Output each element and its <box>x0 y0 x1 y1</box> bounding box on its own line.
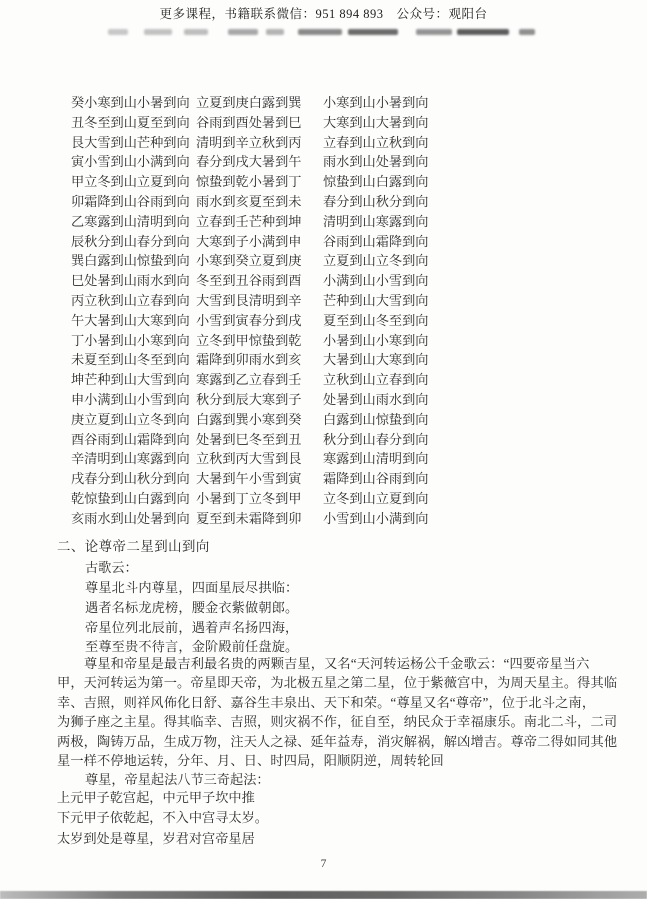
table-cell: 处暑到巳冬至到丑 <box>196 430 323 450</box>
table-cell: 立冬到甲惊蛰到乾 <box>196 331 323 351</box>
scan-edge-artifact <box>0 891 647 899</box>
table-cell: 小雪到山小满到向 <box>323 509 429 529</box>
table-cell: 艮大雪到山芒种到向 <box>71 133 196 153</box>
table-cell: 白露到山惊蛰到向 <box>323 410 429 430</box>
section-heading: 二、论尊帝二星到山到向 <box>57 536 210 555</box>
smudge-segment <box>519 29 535 35</box>
table-cell: 秋分到山春分到向 <box>323 430 429 450</box>
table-cell: 霜降到卯雨水到亥 <box>196 350 323 370</box>
table-cell: 大雪到艮清明到辛 <box>196 291 323 311</box>
table-cell: 亥雨水到山处暑到向 <box>71 509 196 529</box>
table-cell: 小满到山小雪到向 <box>323 271 429 291</box>
table-cell: 庚立夏到山立冬到向 <box>71 410 196 430</box>
table-cell: 戌春分到山秋分到向 <box>71 469 196 489</box>
table-row: 申小满到山小雪到向秋分到辰大寒到子处暑到山雨水到向 <box>71 390 429 410</box>
page-number: 7 <box>0 858 647 870</box>
table-row: 酉谷雨到山霜降到向处暑到巳冬至到丑秋分到山春分到向 <box>71 430 429 450</box>
table-row: 甲立冬到山立夏到向惊蛰到乾小暑到丁惊蛰到山白露到向 <box>71 172 429 192</box>
text-line: 甲，天河转运为第一。帝星即天帝，为北极五星之第二星，位于紫薇宫中，为周天星主。得… <box>57 673 597 692</box>
table-row: 寅小雪到山小满到向春分到戌大暑到午雨水到山处暑到向 <box>71 152 429 172</box>
text-line: 太岁到处是尊星，岁君对宫帝星居 <box>57 829 268 849</box>
solar-term-direction-table: 癸小寒到山小暑到向立夏到庚白露到巽小寒到山小暑到向丑冬至到山夏至到向谷雨到酉处暑… <box>71 93 429 529</box>
table-row: 亥雨水到山处暑到向夏至到未霜降到卯小雪到山小满到向 <box>71 509 429 529</box>
table-row: 午大暑到山大寒到向小雪到寅春分到戌夏至到山冬至到向 <box>71 311 429 331</box>
table-cell: 白露到巽小寒到癸 <box>196 410 323 430</box>
table-cell: 小暑到丁立冬到甲 <box>196 489 323 509</box>
table-cell: 雨水到亥夏至到未 <box>196 192 323 212</box>
table-cell: 大暑到午小雪到寅 <box>196 469 323 489</box>
table-cell: 甲立冬到山立夏到向 <box>71 172 196 192</box>
text-line: 遇者名标龙虎榜，腰金衣紫做朝郎。 <box>85 598 298 618</box>
formula-verse: 上元甲子乾宫起，中元甲子坎中推下元甲子依乾起，不入中宫寻太岁。太岁到处是尊星，岁… <box>57 788 268 849</box>
classical-poem: 尊星北斗内尊星，四面星辰尽拱临：遇者名标龙虎榜，腰金衣紫做朝郎。帝星位列北辰前，… <box>85 578 298 657</box>
table-row: 乙寒露到山清明到向立春到壬芒种到坤清明到山寒露到向 <box>71 212 429 232</box>
table-cell: 清明到山寒露到向 <box>323 212 429 232</box>
text-line: 两极，陶铸万品，生成万物，注天人之禄、延年益寿，消灾解祸，解凶增吉。尊帝二得如同… <box>57 732 597 751</box>
smudge-segment <box>228 29 258 35</box>
table-cell: 坤芒种到山大雪到向 <box>71 370 196 390</box>
table-cell: 处暑到山雨水到向 <box>323 390 429 410</box>
table-cell: 立春到壬芒种到坤 <box>196 212 323 232</box>
text-line: 上元甲子乾宫起，中元甲子坎中推 <box>57 788 268 808</box>
table-cell: 清明到辛立秋到丙 <box>196 133 323 153</box>
table-cell: 未夏至到山冬至到向 <box>71 350 196 370</box>
table-cell: 雨水到山处暑到向 <box>323 152 429 172</box>
table-cell: 立秋到山立春到向 <box>323 370 429 390</box>
table-row: 坤芒种到山大雪到向寒露到乙立春到壬立秋到山立春到向 <box>71 370 429 390</box>
table-cell: 夏至到山冬至到向 <box>323 311 429 331</box>
table-cell: 癸小寒到山小暑到向 <box>71 93 196 113</box>
smudge-segment <box>416 29 452 35</box>
table-row: 巽白露到山惊蛰到向小寒到癸立夏到庚立夏到山立冬到向 <box>71 251 429 271</box>
table-cell: 立秋到丙大雪到艮 <box>196 449 323 469</box>
table-cell: 辰秋分到山春分到向 <box>71 232 196 252</box>
contact-header: 更多课程，书籍联系微信：951 894 893 公众号：观阳台 <box>0 4 647 22</box>
formula-intro: 尊星，帝星起法八节三奇起法： <box>85 769 270 788</box>
table-row: 卯霜降到山谷雨到向雨水到亥夏至到未春分到山秋分到向 <box>71 192 429 212</box>
table-row: 未夏至到山冬至到向霜降到卯雨水到亥大暑到山大寒到向 <box>71 350 429 370</box>
table-cell: 乙寒露到山清明到向 <box>71 212 196 232</box>
table-row: 辰秋分到山春分到向大寒到子小满到申谷雨到山霜降到向 <box>71 232 429 252</box>
table-cell: 大暑到山大寒到向 <box>323 350 429 370</box>
table-cell: 小寒到癸立夏到庚 <box>196 251 323 271</box>
table-cell: 谷雨到山霜降到向 <box>323 232 429 252</box>
table-cell: 谷雨到酉处暑到巳 <box>196 113 323 133</box>
scanned-book-page: 更多课程，书籍联系微信：951 894 893 公众号：观阳台 癸小寒到山小暑到… <box>0 0 647 899</box>
table-row: 庚立夏到山立冬到向白露到巽小寒到癸白露到山惊蛰到向 <box>71 410 429 430</box>
table-row: 戌春分到山秋分到向大暑到午小雪到寅霜降到山谷雨到向 <box>71 469 429 489</box>
table-cell: 小雪到寅春分到戌 <box>196 311 323 331</box>
text-line: 下元甲子依乾起，不入中宫寻太岁。 <box>57 808 268 828</box>
table-cell: 丁小暑到山小寒到向 <box>71 331 196 351</box>
text-line: 尊星北斗内尊星，四面星辰尽拱临： <box>85 578 298 598</box>
table-cell: 巳处暑到山雨水到向 <box>71 271 196 291</box>
table-cell: 乾惊蛰到山白露到向 <box>71 489 196 509</box>
table-cell: 巽白露到山惊蛰到向 <box>71 251 196 271</box>
table-cell: 寒露到乙立春到壬 <box>196 370 323 390</box>
table-cell: 小寒到山小暑到向 <box>323 93 429 113</box>
table-cell: 丙立秋到山立春到向 <box>71 291 196 311</box>
table-cell: 寒露到山清明到向 <box>323 449 429 469</box>
table-cell: 申小满到山小雪到向 <box>71 390 196 410</box>
text-line: 为狮子座之主星。得其临幸、吉照，则灾祸不作，征自至，纳民众于幸福康乐。南北二斗，… <box>57 712 597 731</box>
body-paragraph: 尊星和帝星是最吉利最名贵的两颗吉星，又名“天河转运杨公千金歌云：“四要帝星当六甲… <box>57 654 597 770</box>
table-row: 巳处暑到山雨水到向冬至到丑谷雨到酉小满到山小雪到向 <box>71 271 429 291</box>
table-cell: 丑冬至到山夏至到向 <box>71 113 196 133</box>
table-cell: 寅小雪到山小满到向 <box>71 152 196 172</box>
table-row: 辛清明到山寒露到向立秋到丙大雪到艮寒露到山清明到向 <box>71 449 429 469</box>
table-cell: 芒种到山大雪到向 <box>323 291 429 311</box>
table-row: 癸小寒到山小暑到向立夏到庚白露到巽小寒到山小暑到向 <box>71 93 429 113</box>
table-cell: 春分到戌大暑到午 <box>196 152 323 172</box>
poem-intro: 古歌云： <box>85 557 138 576</box>
table-cell: 立春到山立秋到向 <box>323 133 429 153</box>
smudge-segment <box>108 29 128 35</box>
table-cell: 大寒到子小满到申 <box>196 232 323 252</box>
text-line: 帝星位列北辰前，遇着声名扬四海， <box>85 618 298 638</box>
smudge-segment <box>457 29 509 35</box>
table-cell: 午大暑到山大寒到向 <box>71 311 196 331</box>
table-row: 丙立秋到山立春到向大雪到艮清明到辛芒种到山大雪到向 <box>71 291 429 311</box>
table-cell: 立夏到庚白露到巽 <box>196 93 323 113</box>
table-cell: 秋分到辰大寒到子 <box>196 390 323 410</box>
table-cell: 酉谷雨到山霜降到向 <box>71 430 196 450</box>
table-cell: 惊蛰到乾小暑到丁 <box>196 172 323 192</box>
table-cell: 立冬到山立夏到向 <box>323 489 429 509</box>
smudge-segment <box>298 29 342 35</box>
text-line: 星一样不停地运转，分年、月、日、时四局，阳顺阴逆，周转轮回 <box>57 751 597 770</box>
table-row: 乾惊蛰到山白露到向小暑到丁立冬到甲立冬到山立夏到向 <box>71 489 429 509</box>
table-cell: 立夏到山立冬到向 <box>323 251 429 271</box>
table-cell: 辛清明到山寒露到向 <box>71 449 196 469</box>
table-row: 丁小暑到山小寒到向立冬到甲惊蛰到乾小暑到山小寒到向 <box>71 331 429 351</box>
table-cell: 大寒到山大暑到向 <box>323 113 429 133</box>
table-cell: 小暑到山小寒到向 <box>323 331 429 351</box>
table-row: 艮大雪到山芒种到向清明到辛立秋到丙立春到山立秋到向 <box>71 133 429 153</box>
table-cell: 卯霜降到山谷雨到向 <box>71 192 196 212</box>
table-cell: 夏至到未霜降到卯 <box>196 509 323 529</box>
smudge-segment <box>144 29 172 35</box>
table-cell: 冬至到丑谷雨到酉 <box>196 271 323 291</box>
smudge-segment <box>184 29 208 35</box>
smudge-segment <box>348 29 398 35</box>
table-row: 丑冬至到山夏至到向谷雨到酉处暑到巳大寒到山大暑到向 <box>71 113 429 133</box>
text-line: 幸、吉照，则祥风佈化日舒、嘉谷生丰泉出、天下和荣。“尊星又名“尊帝”，位于北斗之… <box>57 693 597 712</box>
table-cell: 惊蛰到山白露到向 <box>323 172 429 192</box>
table-cell: 春分到山秋分到向 <box>323 192 429 212</box>
smudge-segment <box>266 29 284 35</box>
text-line: 尊星和帝星是最吉利最名贵的两颗吉星，又名“天河转运杨公千金歌云：“四要帝星当六 <box>57 654 597 673</box>
table-cell: 霜降到山谷雨到向 <box>323 469 429 489</box>
faded-print-artifact <box>108 28 535 35</box>
